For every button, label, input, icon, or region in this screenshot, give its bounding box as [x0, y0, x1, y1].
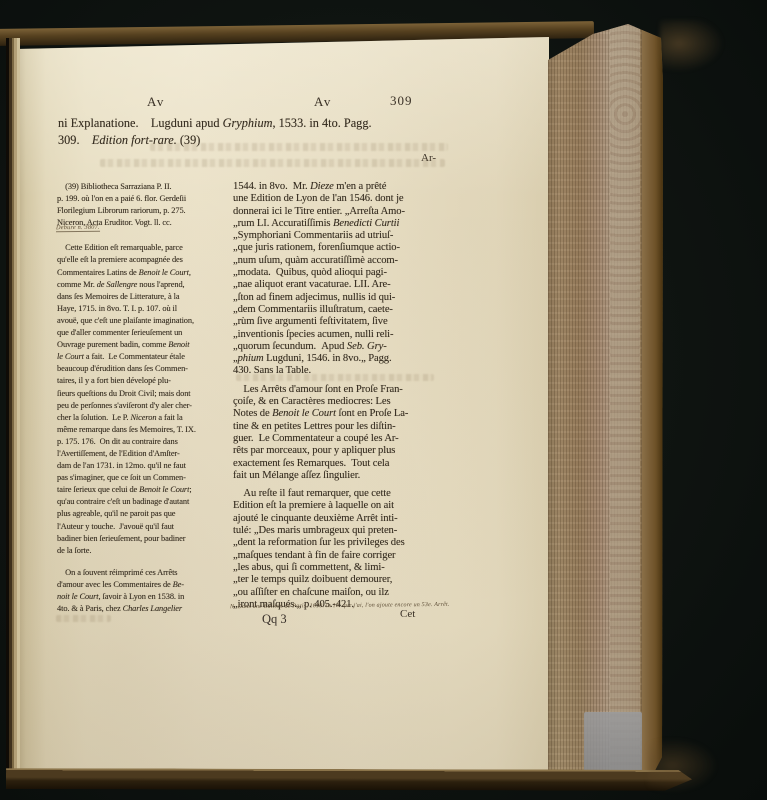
text-line: ſieurs queſtions du Droit Civil; mais do…: [57, 388, 233, 400]
text-line: taire ſerieux que celui de Benoit le Cou…: [57, 484, 233, 496]
text-line: çoiſe, & en Caractères mediocres: Les: [233, 396, 444, 408]
footnote-paragraph: (39) Bibliotheca Sarraziana P. II.p. 199…: [57, 181, 233, 229]
text-line: ajouté le cinquante deuxième Arrêt inti-: [233, 513, 444, 525]
main-text-line: ni Explanatione. Lugduni apud Gryphium, …: [58, 116, 372, 131]
page-number: 309: [390, 93, 413, 109]
text-line: tine & en petites Lettres pour les diſti…: [233, 421, 444, 433]
text-line: une Edition de Lyon de l'an 1546. dont j…: [233, 193, 444, 205]
text-line: „num uſum, quàm accuratiſſimè accom-: [233, 255, 444, 267]
text-line: „maſques tendant à fin de faire corriger: [233, 550, 444, 562]
signature-mark: Qq 3: [262, 612, 287, 627]
text-line: le Court a fait. Le Commentateur étale: [57, 351, 233, 363]
running-head-center: Av: [314, 94, 332, 110]
text-line: pas s'imaginer, que ce ſoit un Commen-: [57, 472, 233, 484]
footnote-paragraph: 1544. in 8vo. Mr. Dieze m'en a prêtéune …: [233, 181, 444, 378]
footnote-paragraph: Les Arrêts d'amour ſont en Proſe Fran-ço…: [233, 384, 444, 482]
text-line: tulé: „Des maris umbrageux qui preten-: [233, 525, 444, 537]
text-line: avouë, que c'eſt une plaiſante imaginati…: [57, 315, 233, 327]
text-line: Edition eſt la premiere à laquelle on ai…: [233, 500, 444, 512]
text-line: „phium Lugduni, 1546. in 8vo.„ Pagg.: [233, 353, 444, 365]
text-line: taires, il y a fort bien dévelopé plu-: [57, 375, 233, 387]
text-line: rêts par morceaux, pour y apliquer plus: [233, 445, 444, 457]
text-line: p. 199. où l'on en a paié 6. flor. Gerde…: [57, 193, 233, 205]
text-line: l'Auteur y touche. J'avouë qu'il faut: [57, 521, 233, 533]
text-line: comme Mr. de Sallengre nous l'aprend,: [57, 279, 233, 291]
bleed-through-text: [56, 615, 111, 622]
text-line: de la ſorte.: [57, 545, 233, 557]
text-line: „ter le temps quilz doibuent demourer,: [233, 574, 444, 586]
text-line: Haye, 1715. in 8vo. T. I. p. 107. où il: [57, 303, 233, 315]
footnote-paragraph: Au reſte il faut remarquer, que cetteEdi…: [233, 488, 444, 611]
text-line: „ou aſſiſter en chaſcune maiſon, ou ilz: [233, 587, 444, 599]
text-line: dam de l'an 1731. in 12mo. qu'il ne faut: [57, 460, 233, 472]
footnote-paragraph: Cette Edition eſt remarquable, parcequ'e…: [57, 242, 233, 556]
text-line: „dem Commentariis illuſtratum, caete-: [233, 304, 444, 316]
footnote-column-left: (39) Bibliotheca Sarraziana P. II.p. 199…: [57, 181, 233, 615]
footnote-column-right: 1544. in 8vo. Mr. Dieze m'en a prêtéune …: [233, 181, 444, 611]
text-line: qu'elle eſt la premiere acompagnée des: [57, 254, 233, 266]
text-line: badiner bien ſerieuſement, pour badiner: [57, 533, 233, 545]
text-line: Les Arrêts d'amour ſont en Proſe Fran-: [233, 384, 444, 396]
page-content: Av Av 309 ni Explanatione. Lugduni apud …: [0, 0, 767, 800]
text-line: Commentaires Latins de Benoit le Court,: [57, 267, 233, 279]
text-line: fait un Mélange aſſez ſingulier.: [233, 470, 444, 482]
text-line: plus agreable, qu'il ne paroit pas que: [57, 508, 233, 520]
text-line: 4to. & à Paris, chez Charles Langelier: [57, 603, 233, 615]
catchword-bottom: Cet: [400, 608, 415, 620]
text-line: „quorum ſecundum. Apud Seb. Gry-: [233, 341, 444, 353]
text-line: cher la ſolution. Le P. Niceron a fait l…: [57, 412, 233, 424]
running-head-left: Av: [147, 94, 165, 110]
text-line: „rum LI. Accuratiſſimis Benedicti Curtii: [233, 218, 444, 230]
text-line: „nae aliquot erant vacaturae. LII. Are-: [233, 279, 444, 291]
text-line: (39) Bibliotheca Sarraziana P. II.: [57, 181, 233, 193]
text-line: „inventionis ſpecies acumen, nulli reli-: [233, 329, 444, 341]
text-line: Florilegium Librorum rariorum, p. 275.: [57, 205, 233, 217]
text-line: 1544. in 8vo. Mr. Dieze m'en a prêté: [233, 181, 444, 193]
text-line: donnerai ici le Titre entier. „Arreſta A…: [233, 206, 444, 218]
text-line: beaucoup d'érudition dans ſes Commen-: [57, 363, 233, 375]
text-line: d'amour avec les Commentaires de Be-: [57, 579, 233, 591]
text-line: qu'au contraire c'eſt un badinage d'auta…: [57, 496, 233, 508]
bleed-through-text: [100, 159, 445, 167]
text-line: p. 175. 176. On dit au contraire dans: [57, 436, 233, 448]
text-line: même remarque dans ſes Memoires, T. IX.: [57, 424, 233, 436]
text-line: „modata. Quibus, quòd alioqui pagi-: [233, 267, 444, 279]
text-line: „dent la reformation ſur les privileges …: [233, 537, 444, 549]
text-line: 430. Sans la Table.: [233, 365, 444, 377]
footnote-paragraph: On a ſouvent réimprimé ces Arrêtsd'amour…: [57, 567, 233, 615]
text-line: noit le Court, ſavoir à Lyon en 1538. in: [57, 591, 233, 603]
text-line: „ſton ad finem adjecimus, nullis id qui-: [233, 292, 444, 304]
text-line: peu de perſonnes s'aviſeront d'y aler ch…: [57, 400, 233, 412]
text-line: Au reſte il faut remarquer, que cette: [233, 488, 444, 500]
text-line: „rùm ſive argumenti feſtivitatem, ſive: [233, 316, 444, 328]
text-line: On a ſouvent réimprimé ces Arrêts: [57, 567, 233, 579]
text-line: Ouvrage purement badin, comme Benoit: [57, 339, 233, 351]
text-line: „que juris rationem, forenſiumque actio-: [233, 242, 444, 254]
text-line: exactement ſes Remarques. Tout cela: [233, 458, 444, 470]
handwritten-margin-note: Debure n. 3807.: [56, 224, 100, 232]
text-line: Notes de Benoit le Court ſont en Proſe L…: [233, 408, 444, 420]
text-line: „Symphoriani Commentariis ad utriuſ-: [233, 230, 444, 242]
text-line: dans ſes Memoires de Litterature, à la: [57, 291, 233, 303]
text-line: Cette Edition eſt remarquable, parce: [57, 242, 233, 254]
bleed-through-text: [150, 143, 448, 151]
book-scan: Av Av 309 ni Explanatione. Lugduni apud …: [0, 0, 767, 800]
text-line: „les abus, qui ſi commettent, & limi-: [233, 562, 444, 574]
text-line: l'Avertiſſement, de l'Edition d'Amſter-: [57, 448, 233, 460]
text-line: guer. Le Commentateur a coupé les Ar-: [233, 433, 444, 445]
text-line: que d'aller commenter ſerieuſement un: [57, 327, 233, 339]
